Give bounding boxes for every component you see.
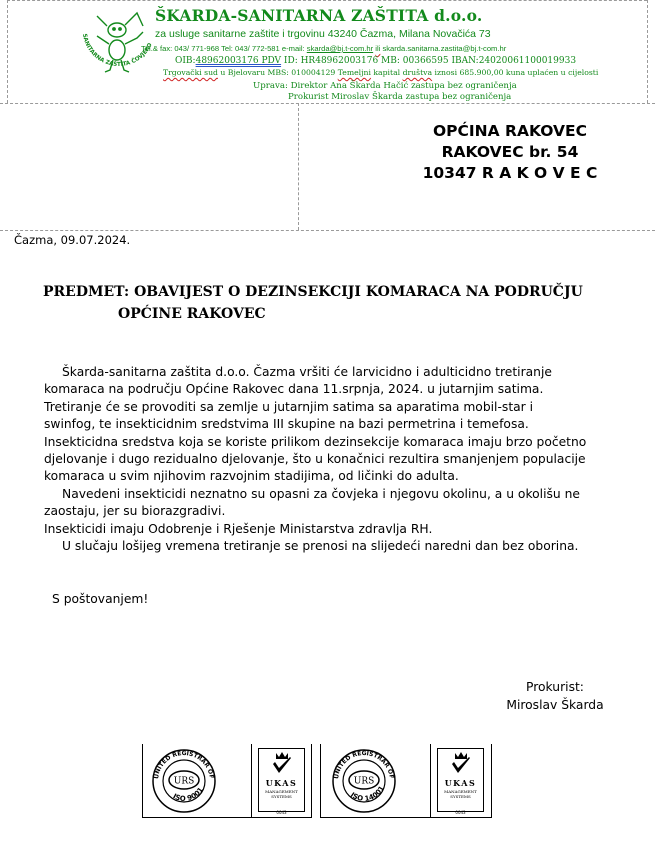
crown-check-icon xyxy=(271,751,293,777)
email-2: skarda.sanitarna.zastita@bj.t-com.hr xyxy=(382,44,506,53)
body-line: komaraca u svim njihovim razvojnim stadi… xyxy=(44,468,614,485)
svg-text:URS: URS xyxy=(354,777,375,787)
company-contact: Tel.& fax: 043/ 771-968 Tel: 043/ 772-58… xyxy=(141,44,506,53)
urs-seal-icon: UNITED REGISTRAR OF SYSTEMS ISO 9001 URS xyxy=(150,748,218,814)
table-border xyxy=(298,103,299,230)
letter-subject: PREDMET: OBAVIJEST O DEZINSEKCIJI KOMARA… xyxy=(43,281,583,325)
recipient-line: RAKOVEC br. 54 xyxy=(370,142,650,163)
body-line: Škarda-sanitarna zaštita d.o.o. Čazma vr… xyxy=(44,364,614,381)
letter-body: Škarda-sanitarna zaštita d.o.o. Čazma vr… xyxy=(44,364,614,555)
crown-check-icon xyxy=(450,751,472,777)
body-line: swinfog, te insekticidnim sredstvima III… xyxy=(44,416,614,433)
body-line: Navedeni insekticidi neznatno su opasni … xyxy=(44,486,614,503)
svg-text:SANITARNA ZAŠTITA ČOVJEKOVE OK: SANITARNA ZAŠTITA ČOVJEKOVE OKOLINE xyxy=(77,8,154,68)
table-border xyxy=(7,0,647,1)
letter-closing: S poštovanjem! xyxy=(52,592,148,606)
email-link[interactable]: skarda@bj.t-com.hr xyxy=(307,44,373,53)
company-court-registration: Trgovački sud u Bjelovaru MBS: 010004129… xyxy=(163,68,598,77)
urs-seal-icon: UNITED REGISTRAR OF SYSTEMS ISO 14001 UR… xyxy=(330,748,398,814)
signature-block: Prokurist: Miroslav Škarda xyxy=(490,678,620,714)
table-border xyxy=(0,103,655,104)
company-name: ŠKARDA-SANITARNA ZAŠTITA d.o.o. xyxy=(155,6,482,25)
body-line: zaostaju, jer su biorazgradivi. xyxy=(44,503,614,520)
table-border xyxy=(647,0,648,103)
certification-iso14001: UNITED REGISTRAR OF SYSTEMS ISO 14001 UR… xyxy=(320,744,490,818)
recipient-address: OPĆINA RAKOVEC RAKOVEC br. 54 10347 R A … xyxy=(370,121,650,184)
table-border xyxy=(0,230,655,231)
company-oib: OIB:48962003176 PDV ID: HR48962003176 MB… xyxy=(175,56,576,66)
signature-name: Miroslav Škarda xyxy=(490,696,620,714)
company-procurator: Prokurist Miroslav Škarda zastupa bez og… xyxy=(288,92,511,102)
body-line: djelovanje i dugo rezidualno djelovanje,… xyxy=(44,451,614,468)
company-management: Uprava: Direktor Ana Škarda Hačić zastup… xyxy=(253,81,517,91)
ukas-badge: UKAS MANAGEMENT SYSTEMS xyxy=(437,748,484,812)
ukas-badge: UKAS MANAGEMENT SYSTEMS xyxy=(258,748,305,812)
certification-iso9001: UNITED REGISTRAR OF SYSTEMS ISO 9001 URS… xyxy=(142,744,312,818)
table-border xyxy=(7,0,8,103)
recipient-line: OPĆINA RAKOVEC xyxy=(370,121,650,142)
body-line: Tretiranje će se provoditi sa zemlje u j… xyxy=(44,399,614,416)
body-line: Insekticidna sredstva koja se koriste pr… xyxy=(44,434,614,451)
letter-date: Čazma, 09.07.2024. xyxy=(14,233,130,247)
svg-text:URS: URS xyxy=(174,777,195,787)
company-services-address: za usluge sanitarne zaštite i trgovinu 4… xyxy=(155,28,491,40)
body-line: Insekticidi imaju Odobrenje i Rješenje M… xyxy=(44,521,614,538)
body-line: komaraca na području Općine Rakovec dana… xyxy=(44,381,614,398)
signature-title: Prokurist: xyxy=(490,678,620,696)
recipient-line: 10347 R A K O V E C xyxy=(370,163,650,184)
body-line: U slučaju lošijeg vremena tretiranje se … xyxy=(44,538,614,555)
